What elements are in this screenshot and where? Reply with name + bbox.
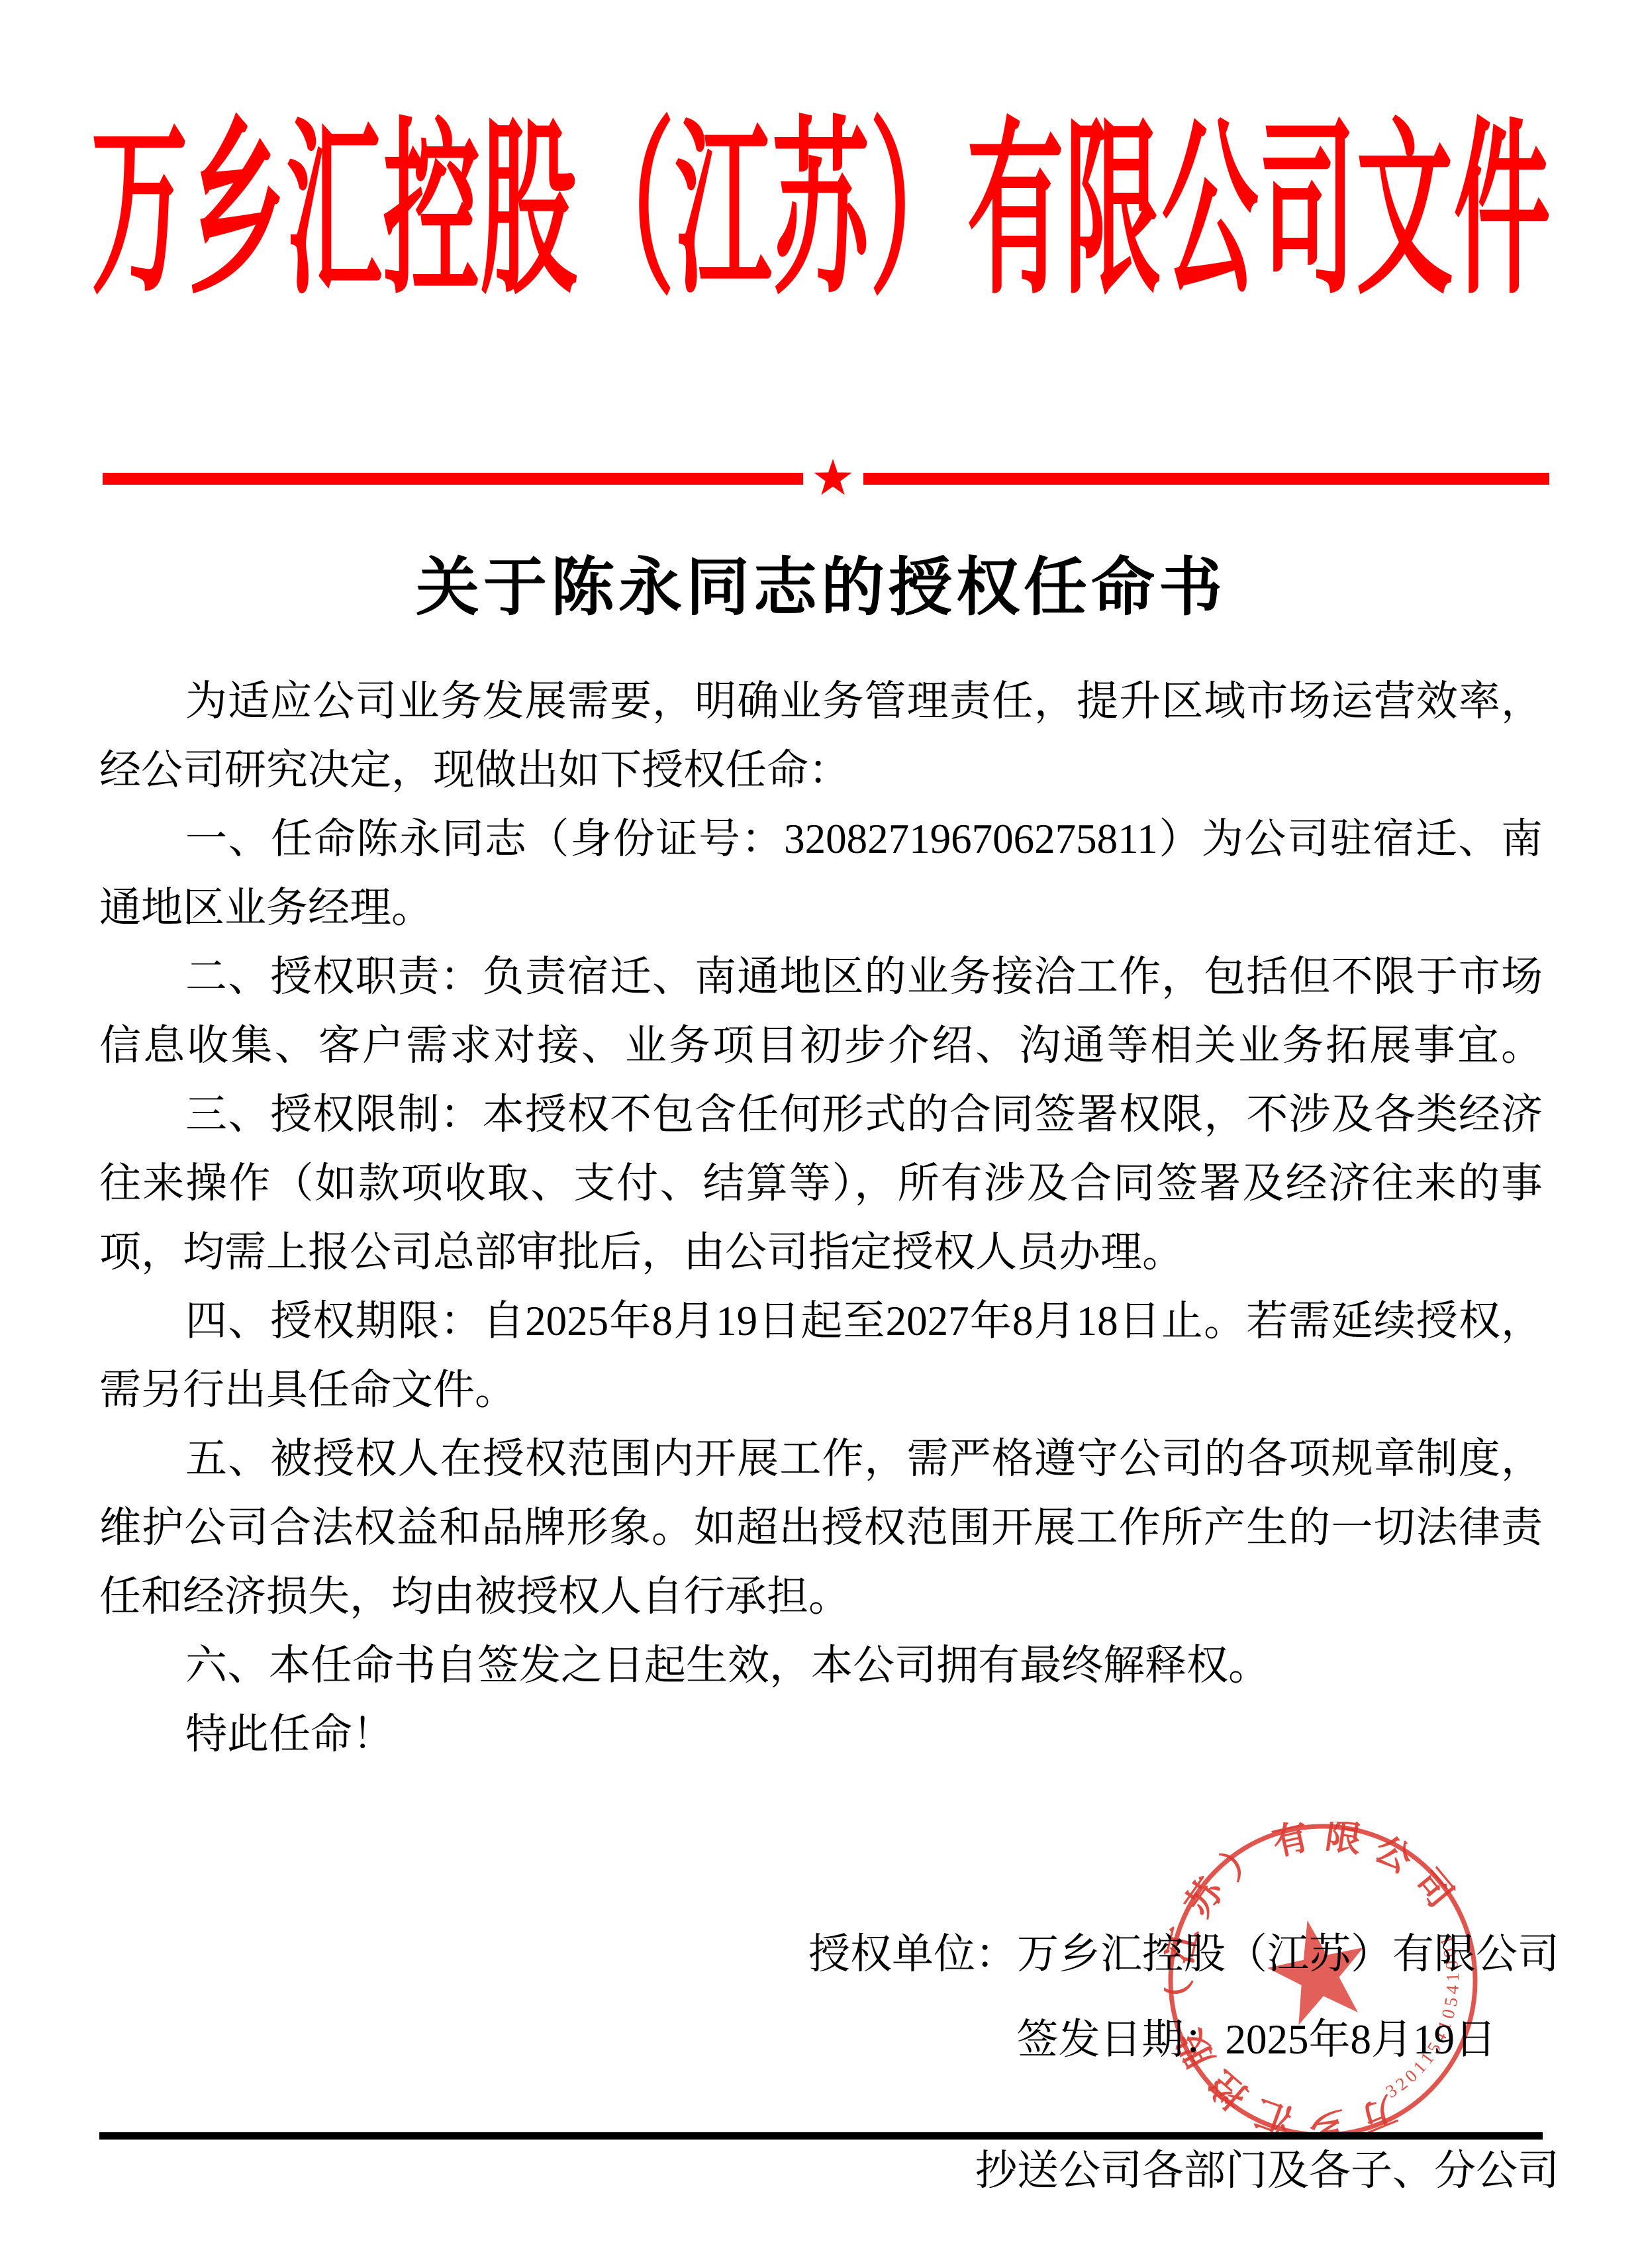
red-divider-left bbox=[103, 473, 803, 485]
body-line: 五、被授权人在授权范围内开展工作，需严格遵守公司的各项规章制度， bbox=[99, 1424, 1543, 1493]
body-line: 通地区业务经理。 bbox=[99, 873, 1543, 942]
red-divider-right bbox=[863, 473, 1549, 485]
body-line: 为适应公司业务发展需要，明确业务管理责任，提升区域市场运营效率， bbox=[99, 667, 1543, 736]
body-line: 任和经济损失，均由被授权人自行承担。 bbox=[99, 1562, 1543, 1631]
body-line: 经公司研究决定，现做出如下授权任命： bbox=[99, 736, 1543, 805]
body-line: 四、授权期限：自2025年8月19日起至2027年8月18日止。若需延续授权， bbox=[99, 1287, 1543, 1356]
document-title: 关于陈永同志的授权任命书 bbox=[0, 555, 1642, 622]
document-page: 万乡汇控股（江苏）有限公司文件 关于陈永同志的授权任命书 为适应公司业务发展需要… bbox=[0, 0, 1642, 2268]
body-line: 维护公司合法权益和品牌形象。如超出授权范围开展工作所产生的一切法律责 bbox=[99, 1493, 1543, 1562]
body-line: 三、授权限制：本授权不包含任何形式的合同签署权限，不涉及各类经济 bbox=[99, 1080, 1543, 1149]
body-line: 特此任命！ bbox=[99, 1700, 1543, 1769]
body-line: 六、本任命书自签发之日起生效，本公司拥有最终解释权。 bbox=[99, 1631, 1543, 1700]
body-line: 往来操作（如款项收取、支付、结算等），所有涉及合同签署及经济往来的事 bbox=[99, 1149, 1543, 1218]
company-seal-stamp: 万乡汇控股（江苏）有限公司 320115410541001 bbox=[1164, 1822, 1482, 2140]
seal-serial-number: 320115410541001 bbox=[1382, 1934, 1463, 2102]
cc-line: 抄送公司各部门及各子、分公司 bbox=[975, 2148, 1559, 2194]
footer-divider bbox=[99, 2132, 1543, 2140]
body-line: 二、授权职责：负责宿迁、南通地区的业务接洽工作，包括但不限于市场 bbox=[99, 942, 1543, 1011]
body-line: 信息收集、客户需求对接、业务项目初步介绍、沟通等相关业务拓展事宜。 bbox=[99, 1011, 1543, 1080]
body-line: 一、任命陈永同志（身份证号：320827196706275811）为公司驻宿迁、… bbox=[99, 805, 1543, 873]
document-body: 为适应公司业务发展需要，明确业务管理责任，提升区域市场运营效率，经公司研究决定，… bbox=[99, 667, 1543, 1769]
letterhead-title: 万乡汇控股（江苏）有限公司文件 bbox=[0, 118, 1642, 307]
seal-star-icon bbox=[1259, 1910, 1376, 2029]
svg-text:320115410541001: 320115410541001 bbox=[1382, 1934, 1463, 2102]
body-line: 需另行出具任命文件。 bbox=[99, 1356, 1543, 1424]
star-icon bbox=[812, 458, 853, 499]
body-line: 项，均需上报公司总部审批后，由公司指定授权人员办理。 bbox=[99, 1218, 1543, 1287]
